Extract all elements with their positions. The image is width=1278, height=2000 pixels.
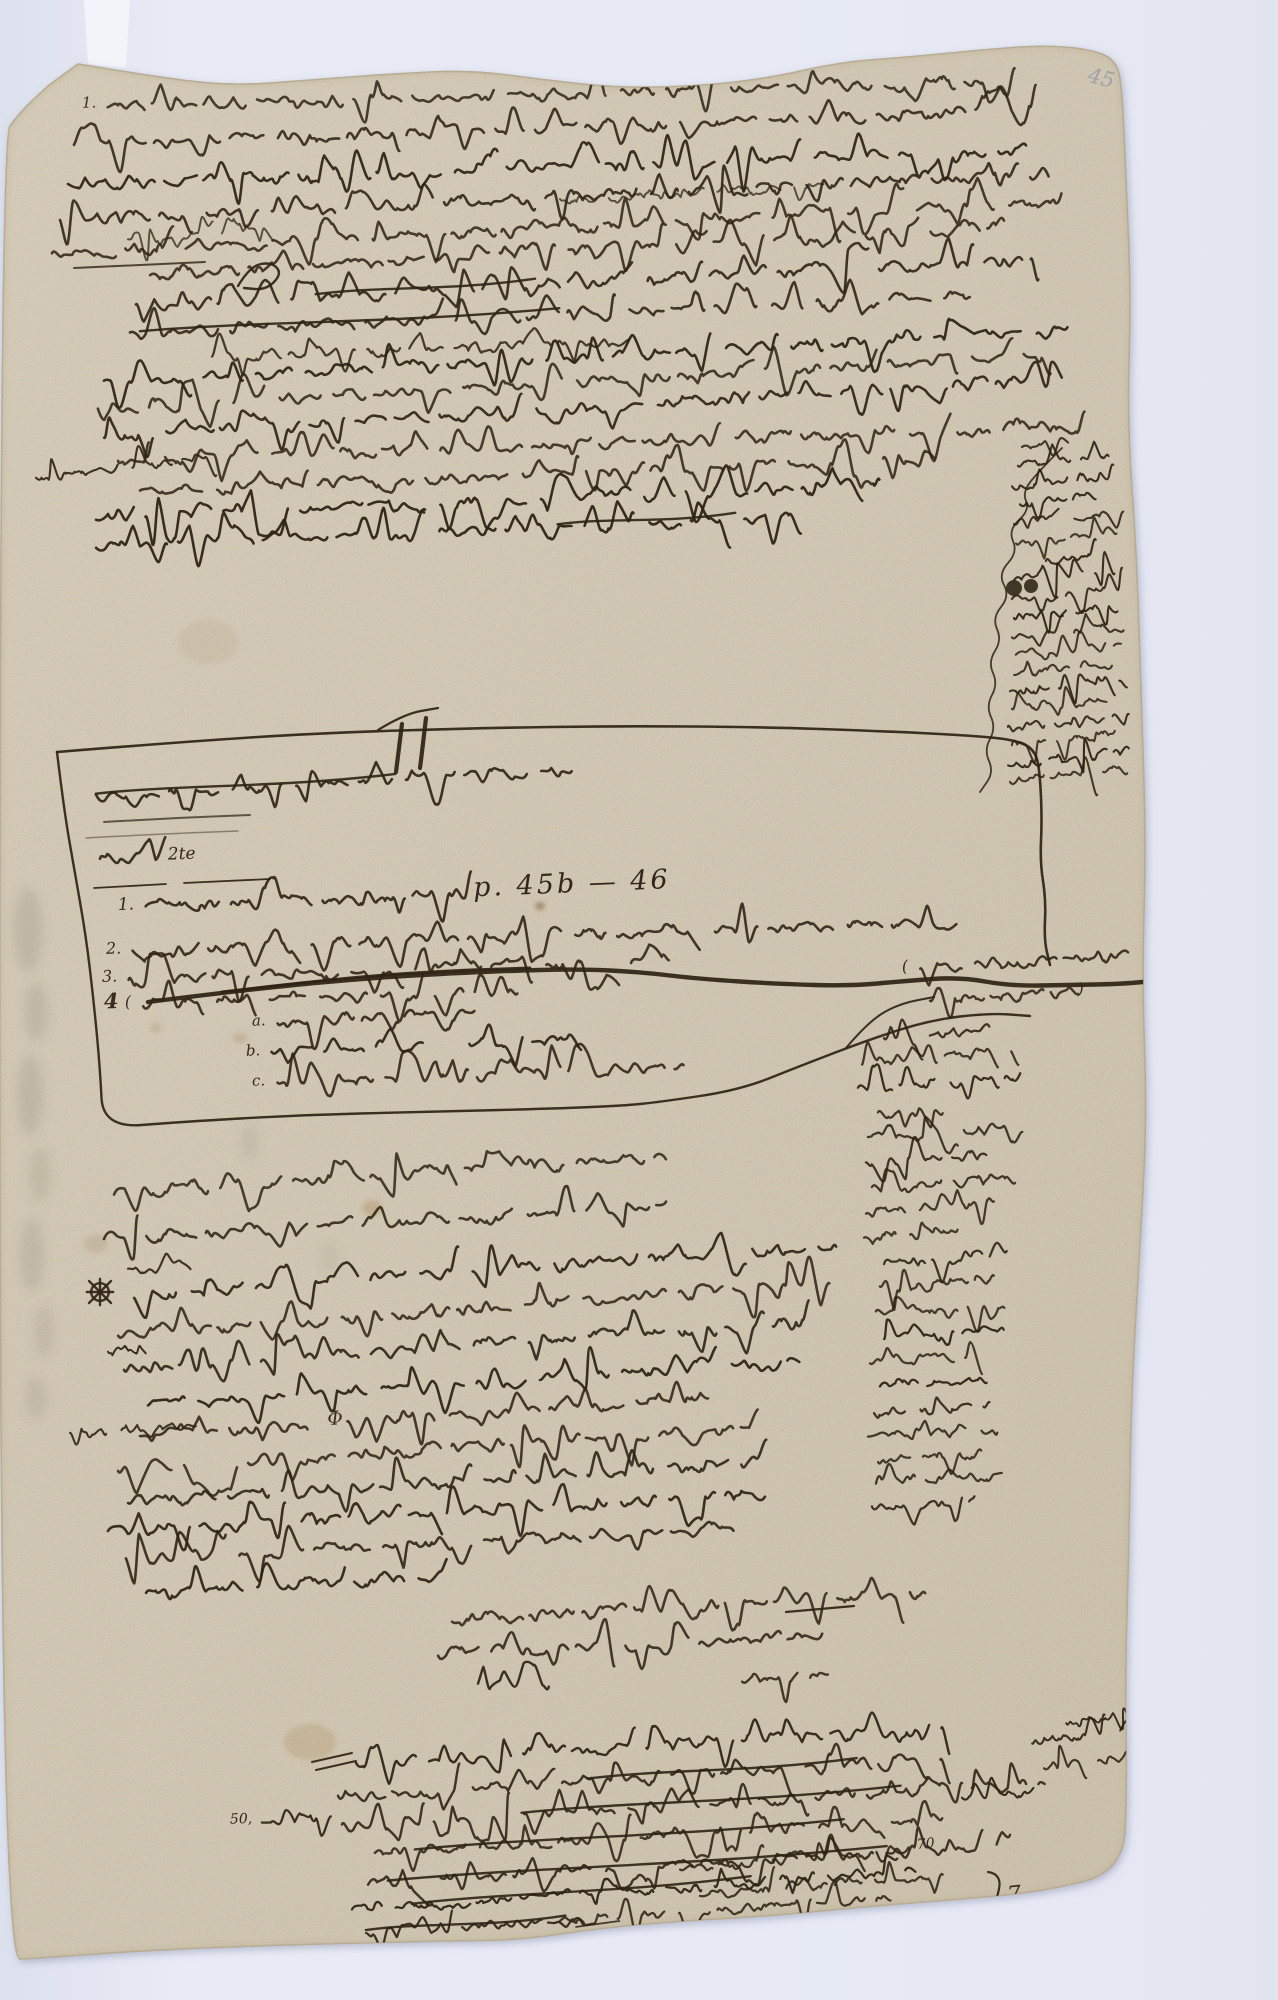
legible-text: 3.: [102, 966, 118, 986]
legible-text: c.: [252, 1071, 266, 1089]
legible-text: 2te: [167, 844, 196, 865]
ink-blot-oo-2: [1024, 579, 1038, 593]
page-content: 71. d. über d. d. versch. … (unreadable …: [0, 0, 1278, 2000]
legible-text: Φ: [327, 1407, 344, 1430]
manuscript-page: 71. d. über d. d. versch. … (unreadable …: [0, 0, 1278, 2000]
legible-text: 4: [103, 988, 118, 1013]
scan-background: 71. d. über d. d. versch. … (unreadable …: [0, 0, 1278, 2000]
legible-text: 1.: [117, 894, 134, 915]
legible-text: b.: [245, 1041, 260, 1060]
legible-text: 2.: [105, 938, 122, 958]
legible-text: a.: [251, 1011, 265, 1030]
ink-blot-oo-1: [1006, 580, 1022, 596]
backing-paper-strip: [84, 0, 130, 68]
crossed-asterisk: [87, 1279, 113, 1305]
legible-text: 1.: [82, 93, 97, 111]
legible-text: 50,: [230, 1811, 253, 1828]
legible-text: 70: [916, 1835, 935, 1852]
legible-text: ): [1076, 979, 1084, 998]
